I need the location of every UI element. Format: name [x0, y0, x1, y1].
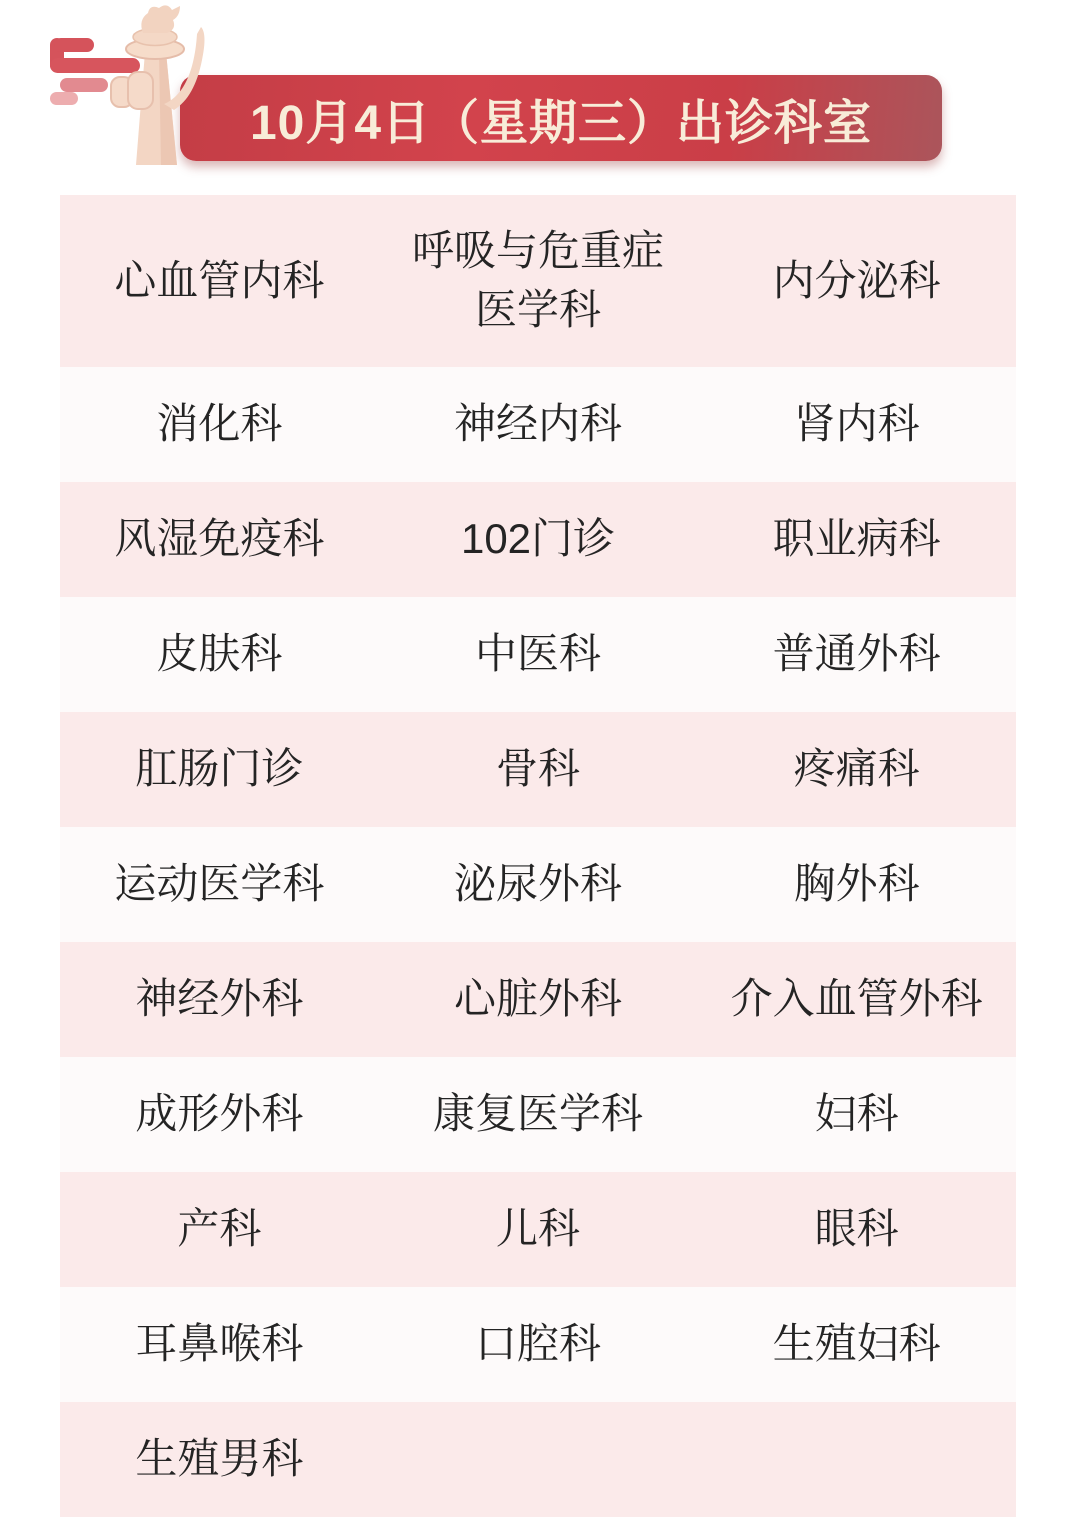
department-cell: 眼科	[697, 1172, 1016, 1287]
department-cell: 泌尿外科	[379, 827, 698, 942]
department-cell: 骨科	[379, 712, 698, 827]
department-cell: 心血管内科	[60, 195, 379, 367]
department-cell: 成形外科	[60, 1057, 379, 1172]
title-banner: 10月4日（星期三）出诊科室	[180, 75, 942, 161]
department-cell: 职业病科	[697, 482, 1016, 597]
department-cell: 中医科	[379, 597, 698, 712]
department-cell: 心脏外科	[379, 942, 698, 1057]
table-row: 成形外科 康复医学科 妇科	[60, 1057, 1016, 1172]
department-cell: 普通外科	[697, 597, 1016, 712]
department-cell: 皮肤科	[60, 597, 379, 712]
department-cell: 疼痛科	[697, 712, 1016, 827]
department-cell: 生殖男科	[60, 1402, 379, 1517]
department-cell: 介入血管外科	[697, 942, 1016, 1057]
department-cell: 口腔科	[379, 1287, 698, 1402]
table-row: 风湿免疫科 102门诊 职业病科	[60, 482, 1016, 597]
fist-icon	[111, 72, 153, 109]
department-cell: 肾内科	[697, 367, 1016, 482]
table-row: 消化科 神经内科 肾内科	[60, 367, 1016, 482]
table-row: 心血管内科 呼吸与危重症 医学科 内分泌科	[60, 195, 1016, 367]
department-cell: 耳鼻喉科	[60, 1287, 379, 1402]
table-row: 运动医学科 泌尿外科 胸外科	[60, 827, 1016, 942]
page-title: 10月4日（星期三）出诊科室	[250, 84, 872, 153]
table-row: 耳鼻喉科 口腔科 生殖妇科	[60, 1287, 1016, 1402]
department-cell: 产科	[60, 1172, 379, 1287]
department-cell	[379, 1402, 698, 1517]
department-cell: 神经内科	[379, 367, 698, 482]
department-cell: 生殖妇科	[697, 1287, 1016, 1402]
department-schedule-table: 心血管内科 呼吸与危重症 医学科 内分泌科 消化科 神经内科 肾内科 风湿免疫科…	[60, 195, 1016, 1517]
department-cell: 消化科	[60, 367, 379, 482]
table-row: 皮肤科 中医科 普通外科	[60, 597, 1016, 712]
department-cell: 妇科	[697, 1057, 1016, 1172]
department-cell: 102门诊	[379, 482, 698, 597]
department-cell: 呼吸与危重症 医学科	[379, 195, 698, 367]
national-day-decoration	[48, 2, 220, 170]
department-cell: 神经外科	[60, 942, 379, 1057]
table-row: 产科 儿科 眼科	[60, 1172, 1016, 1287]
department-cell: 运动医学科	[60, 827, 379, 942]
department-cell: 内分泌科	[697, 195, 1016, 367]
department-cell: 肛肠门诊	[60, 712, 379, 827]
table-row: 神经外科 心脏外科 介入血管外科	[60, 942, 1016, 1057]
department-cell	[697, 1402, 1016, 1517]
table-row: 肛肠门诊 骨科 疼痛科	[60, 712, 1016, 827]
department-cell: 胸外科	[697, 827, 1016, 942]
department-cell: 儿科	[379, 1172, 698, 1287]
table-row: 生殖男科	[60, 1402, 1016, 1517]
schedule-poster: 10月4日（星期三）出诊科室 心血管内科 呼吸	[0, 0, 1074, 1525]
department-cell: 康复医学科	[379, 1057, 698, 1172]
department-cell: 风湿免疫科	[60, 482, 379, 597]
